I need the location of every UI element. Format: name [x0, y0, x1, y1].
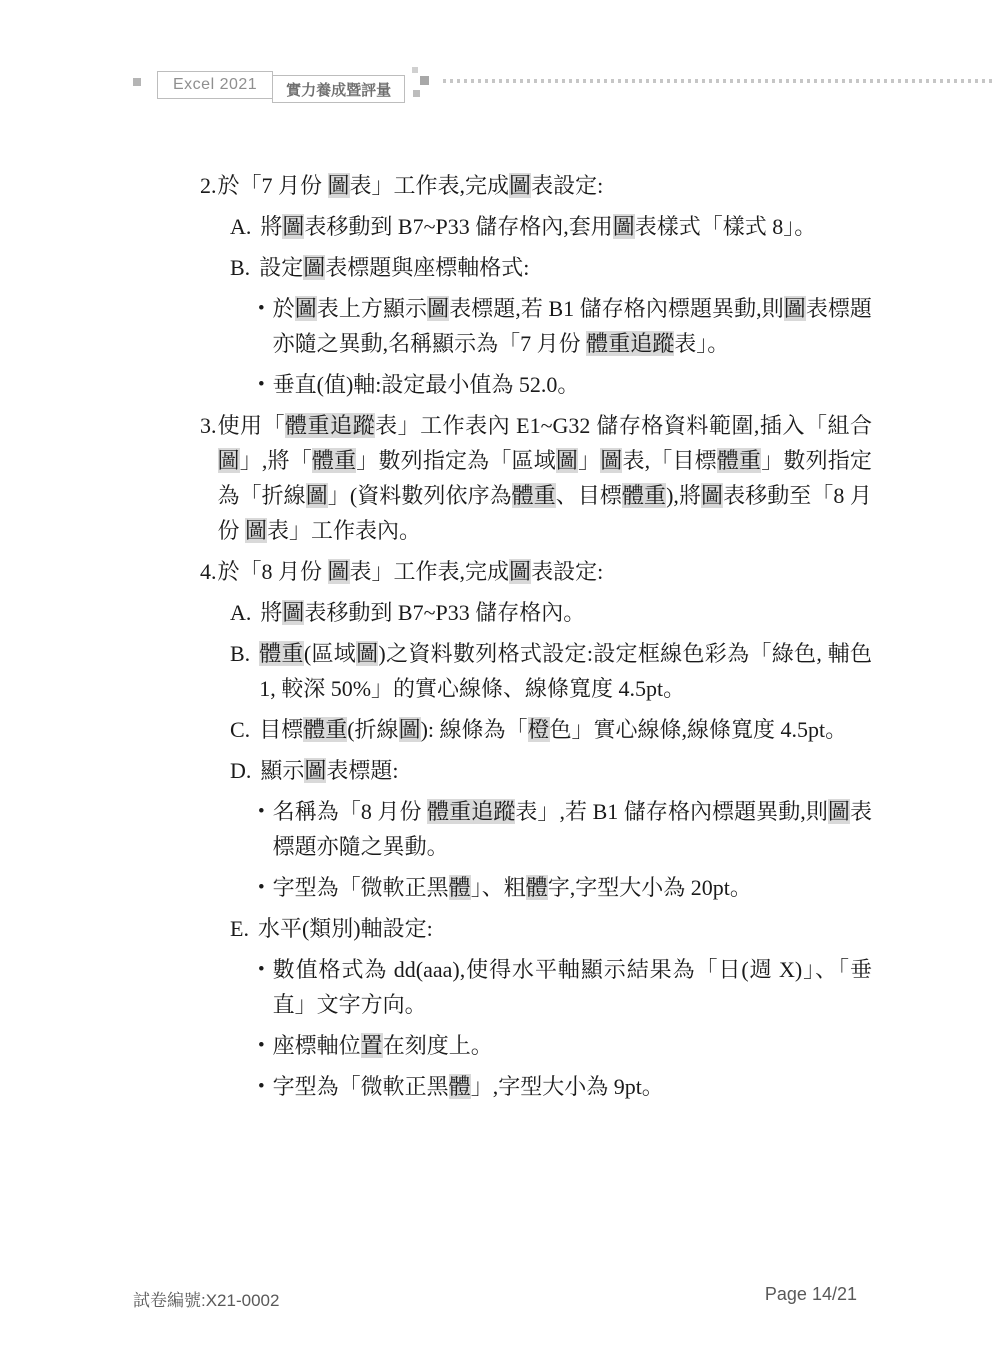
list-item-marker: A.: [230, 595, 251, 630]
list-item-marker: •: [258, 1069, 265, 1104]
list-item: • 座標軸位置在刻度上。: [258, 1028, 872, 1063]
list-item-marker: •: [258, 367, 265, 402]
list-item: • 數值格式為 dd(aaa),使得水平軸顯示結果為「日(週 X)」、「垂直」文…: [258, 952, 872, 1022]
list-item-marker: 2.: [200, 168, 217, 203]
motif-square-large: [420, 76, 429, 85]
list-item: D. 顯示圖表標題:: [230, 753, 872, 788]
list-item: • 垂直(值)軸:設定最小值為 52.0。: [258, 367, 872, 402]
list-item-marker: D.: [230, 753, 251, 788]
list-item-marker: 4.: [200, 554, 217, 589]
header-subtitle: 實力養成暨評量: [272, 75, 405, 103]
list-item-marker: •: [258, 870, 265, 905]
list-item: 2. 於「7 月份 圖表」工作表,完成圖表設定:: [200, 168, 872, 203]
list-item-text: 數值格式為 dd(aaa),使得水平軸顯示結果為「日(週 X)」、「垂直」文字方…: [273, 952, 872, 1022]
list-item-text: 垂直(值)軸:設定最小值為 52.0。: [273, 367, 872, 402]
list-item: • 字型為「微軟正黑體」、粗體字,字型大小為 20pt。: [258, 870, 872, 905]
list-item: E. 水平(類別)軸設定:: [230, 911, 872, 946]
header-bullet-square: [133, 78, 141, 86]
list-item-marker: B.: [230, 636, 250, 706]
list-item-marker: E.: [230, 911, 249, 946]
list-item-marker: •: [258, 1028, 265, 1063]
document-page: Excel 2021 實力養成暨評量 2. 於「7 月份 圖表」工作表,完成圖表…: [0, 0, 1000, 1356]
list-item: 3. 使用「體重追蹤表」工作表內 E1~G32 儲存格資料範圍,插入「組合圖」,…: [200, 408, 872, 548]
list-item: A. 將圖表移動到 B7~P33 儲存格內。: [230, 595, 872, 630]
list-item: A. 將圖表移動到 B7~P33 儲存格內,套用圖表樣式「樣式 8」。: [230, 209, 872, 244]
page-number: Page 14/21: [765, 1284, 857, 1305]
list-item: • 字型為「微軟正黑體」,字型大小為 9pt。: [258, 1069, 872, 1104]
list-item-marker: •: [258, 794, 265, 864]
list-item-marker: C.: [230, 712, 250, 747]
header-dotted-rule: [443, 79, 993, 83]
list-item-text: 名稱為「8 月份 體重追蹤表」,若 B1 儲存格內標題異動,則圖表標題亦隨之異動…: [273, 794, 872, 864]
list-item-text: 於「8 月份 圖表」工作表,完成圖表設定:: [218, 554, 873, 589]
header-product-title: Excel 2021: [157, 71, 273, 99]
motif-square-medium: [413, 90, 420, 97]
list-item-text: 字型為「微軟正黑體」、粗體字,字型大小為 20pt。: [273, 870, 872, 905]
list-item-marker: •: [258, 952, 265, 1022]
list-item-text: 將圖表移動到 B7~P33 儲存格內。: [260, 595, 872, 630]
list-item-marker: 3.: [200, 408, 217, 548]
list-item: 4. 於「8 月份 圖表」工作表,完成圖表設定:: [200, 554, 872, 589]
list-item-marker: •: [258, 291, 265, 361]
list-item: • 於圖表上方顯示圖表標題,若 B1 儲存格內標題異動,則圖表標題亦隨之異動,名…: [258, 291, 872, 361]
list-item-text: 設定圖表標題與座標軸格式:: [259, 250, 872, 285]
list-item: C. 目標體重(折線圖): 線條為「橙色」實心線條,線條寬度 4.5pt。: [230, 712, 872, 747]
list-item-text: 使用「體重追蹤表」工作表內 E1~G32 儲存格資料範圍,插入「組合圖」,將「體…: [218, 408, 873, 548]
list-item: B. 體重(區域圖)之資料數列格式設定:設定框線色彩為「綠色, 輔色 1, 較深…: [230, 636, 872, 706]
list-item-text: 於圖表上方顯示圖表標題,若 B1 儲存格內標題異動,則圖表標題亦隨之異動,名稱顯…: [273, 291, 872, 361]
list-item-text: 顯示圖表標題:: [260, 753, 872, 788]
list-item: B. 設定圖表標題與座標軸格式:: [230, 250, 872, 285]
motif-square-small: [412, 67, 418, 73]
list-item-text: 座標軸位置在刻度上。: [273, 1028, 872, 1063]
list-item-text: 字型為「微軟正黑體」,字型大小為 9pt。: [273, 1069, 872, 1104]
list-item-text: 目標體重(折線圖): 線條為「橙色」實心線條,線條寬度 4.5pt。: [259, 712, 872, 747]
list-item: • 名稱為「8 月份 體重追蹤表」,若 B1 儲存格內標題異動,則圖表標題亦隨之…: [258, 794, 872, 864]
header-title-group: Excel 2021 實力養成暨評量: [157, 71, 405, 103]
list-item-text: 將圖表移動到 B7~P33 儲存格內,套用圖表樣式「樣式 8」。: [260, 209, 872, 244]
requirements-list: 2. 於「7 月份 圖表」工作表,完成圖表設定: A. 將圖表移動到 B7~P3…: [200, 168, 872, 1110]
list-item-text: 於「7 月份 圖表」工作表,完成圖表設定:: [218, 168, 873, 203]
list-item-text: 水平(類別)軸設定:: [258, 911, 872, 946]
list-item-marker: A.: [230, 209, 251, 244]
exam-id: 試卷編號:X21-0002: [133, 1286, 279, 1311]
list-item-marker: B.: [230, 250, 250, 285]
list-item-text: 體重(區域圖)之資料數列格式設定:設定框線色彩為「綠色, 輔色 1, 較深 50…: [259, 636, 872, 706]
